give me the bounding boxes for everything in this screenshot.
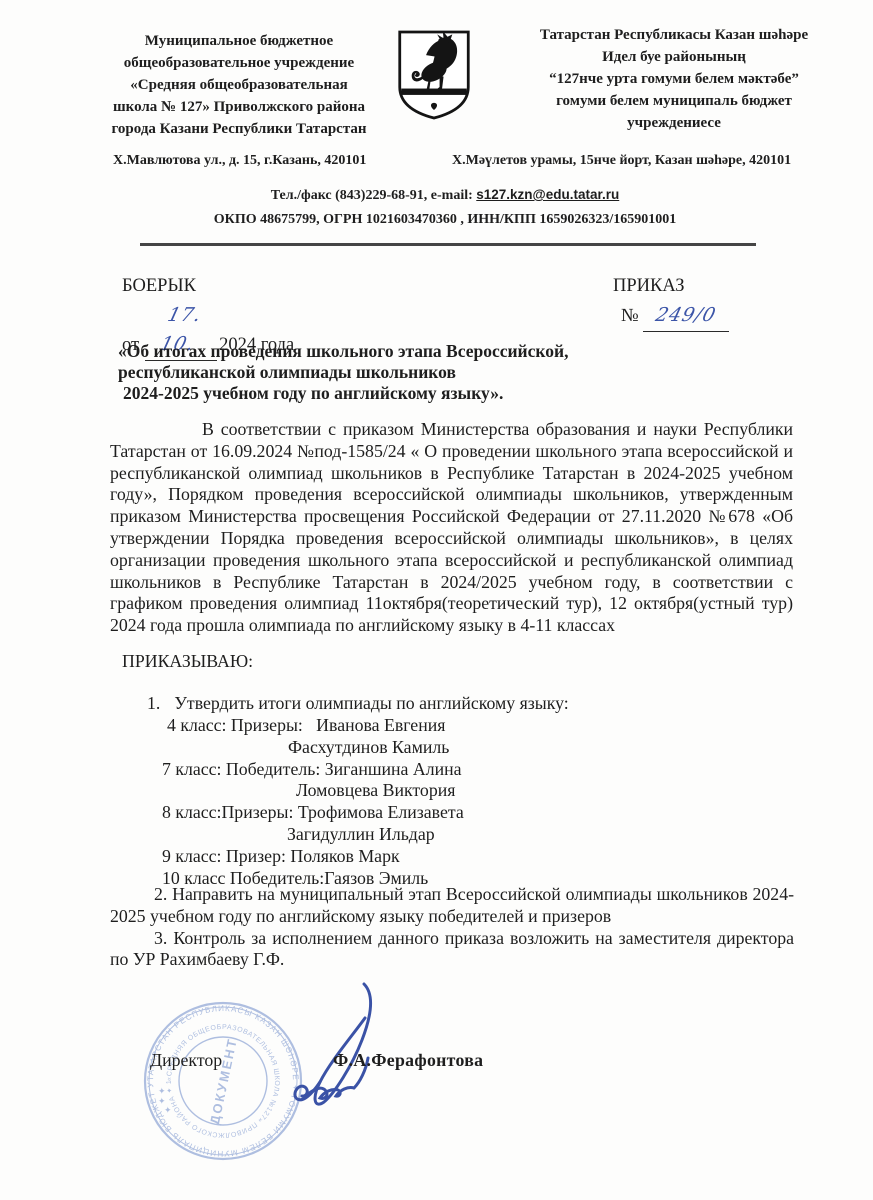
phone-email-line: Тел./факс (843)229-68-91, e-mail: s127.k…	[95, 183, 795, 208]
order-head-russian: ПРИКАЗ №249/0	[613, 272, 729, 332]
order-subject: «Об итогах проведения школьного этапа Вс…	[118, 341, 678, 403]
order-item-2: 2. Направить на муниципальный этап Всеро…	[110, 884, 794, 928]
result-line: Ломовцева Виктория	[162, 780, 464, 802]
org-line: города Казани Республики Татарстан	[110, 118, 368, 140]
org-line: “127нче урта гомуми белем мәктәбе”	[486, 68, 862, 90]
phone-fax: Тел./факс (843)229-68-91, e-mail:	[271, 188, 477, 203]
item-text: Утвердить итоги олимпиады по английскому…	[174, 693, 568, 713]
org-name-russian: Муниципальное бюджетное общеобразователь…	[110, 30, 368, 140]
org-line: школа № 127» Приволжского района	[110, 96, 368, 118]
header-divider	[140, 243, 756, 246]
org-line: Татарстан Республикасы Казан шәһәре	[486, 24, 862, 46]
item-number: 1.	[147, 693, 174, 713]
result-line: Фасхутдинов Камиль	[162, 737, 464, 759]
org-line: «Средняя общеобразовательная	[110, 74, 368, 96]
kazan-coat-of-arms-icon	[394, 28, 474, 122]
org-name-tatar: Татарстан Республикасы Казан шәһәре Идел…	[486, 24, 862, 134]
order-item-1: 1.Утвердить итоги олимпиады по английско…	[147, 693, 569, 714]
closing-items: 2. Направить на муниципальный этап Всеро…	[110, 884, 794, 971]
email-link[interactable]: s127.kzn@edu.tatar.ru	[476, 187, 619, 202]
contact-block: Тел./факс (843)229-68-91, e-mail: s127.k…	[95, 183, 795, 232]
org-line: Идел буе районының	[486, 46, 862, 68]
number-handwritten-field: 249/0	[643, 301, 729, 332]
result-line: 4 класс: Призеры: Иванова Евгения	[162, 715, 464, 737]
result-line: 8 класс:Призеры: Трофимова Елизавета	[162, 802, 464, 824]
address-tatar: Х.Мәүлетов урамы, 15нче йорт, Казан шәһә…	[452, 153, 791, 169]
order-item-3: 3. Контроль за исполнением данного прика…	[110, 928, 794, 972]
org-line: учреждениесе	[486, 112, 862, 134]
handwritten-number: 249/0	[652, 301, 719, 330]
prikaz-title: ПРИКАЗ	[613, 272, 729, 301]
number-line: №249/0	[613, 301, 729, 332]
boeryk-title: БОЕРЫК	[122, 272, 294, 301]
signature-name: Ф.А.Ферафонтова	[333, 1050, 483, 1071]
olympiad-results-list: 4 класс: Призеры: Иванова Евгения Фасхут…	[162, 715, 464, 889]
result-line: Загидуллин Ильдар	[162, 824, 464, 846]
decree-word: ПРИКАЗЫВАЮ:	[122, 651, 253, 672]
org-line: гомуми белем муниципаль бюджет	[486, 90, 862, 112]
result-line: 9 класс: Призер: Поляков Марк	[162, 846, 464, 868]
address-russian: Х.Мавлютова ул., д. 15, г.Казань, 420101	[113, 153, 366, 169]
subject-line: республиканской олимпиады школьников	[118, 362, 678, 383]
org-line: общеобразовательное учреждение	[110, 52, 368, 74]
org-line: Муниципальное бюджетное	[110, 30, 368, 52]
svg-text:✦: ✦	[164, 1105, 172, 1115]
preamble-paragraph: В соответствии с приказом Министерства о…	[110, 419, 793, 637]
result-line: 7 класс: Победитель: Зиганшина Алина	[162, 759, 464, 781]
subject-line: 2024-2025 учебном году по английскому яз…	[118, 383, 678, 404]
registration-numbers: ОКПО 48675799, ОГРН 1021603470360 , ИНН/…	[95, 208, 795, 232]
signature-position-label: Директор	[150, 1050, 222, 1071]
subject-line: «Об итогах проведения школьного этапа Вс…	[118, 341, 678, 362]
svg-text:✦: ✦	[158, 1086, 166, 1096]
document-page: Муниципальное бюджетное общеобразователь…	[0, 0, 873, 1200]
